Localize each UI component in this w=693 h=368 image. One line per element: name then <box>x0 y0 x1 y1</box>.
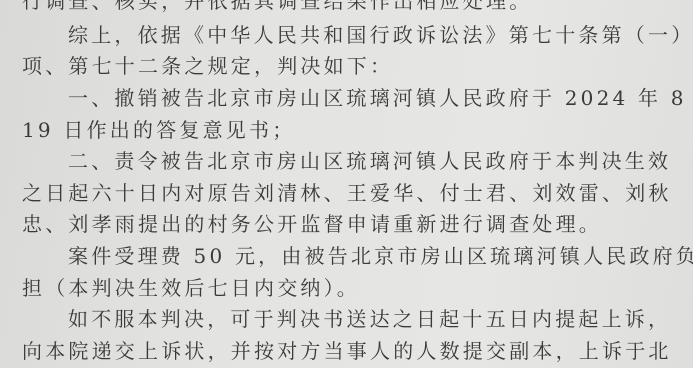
document-page: 行调查、核实，并依据其调查结果作出相应处理。 综上，依据《中华人民共和国行政诉讼… <box>0 0 693 368</box>
judgment-item-2: 二、责令被告北京市房山区琉璃河镇人民政府于本判决生效 <box>68 146 671 176</box>
case-fee-paragraph: 案件受理费 50 元，由被告北京市房山区琉璃河镇人民政府负 <box>68 241 693 271</box>
text-line: 项、第七十二条之规定，判决如下： <box>22 51 393 81</box>
text-line: 向本院递交上诉状，并按对方当事人的人数提交副本，上诉于北 <box>22 336 672 366</box>
appeal-paragraph: 如不服本判决，可于判决书送达之日起十五日内提起上诉， <box>68 304 671 334</box>
judgment-item-1: 一、撤销被告北京市房山区琉璃河镇人民政府于 2024 年 8 月 <box>68 83 693 113</box>
text-line: 担（本判决生效后七日内交纳）。 <box>22 273 360 303</box>
text-line: 忠、刘孝雨提出的村务公开监督申请重新进行调查处理。 <box>22 209 602 239</box>
text-line: 19 日作出的答复意见书； <box>22 115 295 145</box>
text-line-partial-top: 行调查、核实，并依据其调查结果作出相应处理。 <box>22 0 532 16</box>
text-line: 之日起六十日内对原告刘清林、王爱华、付士君、刘效雷、刘秋 <box>22 178 672 208</box>
paragraph-conclusion-start: 综上，依据《中华人民共和国行政诉讼法》第七十条第（一） <box>68 20 693 50</box>
